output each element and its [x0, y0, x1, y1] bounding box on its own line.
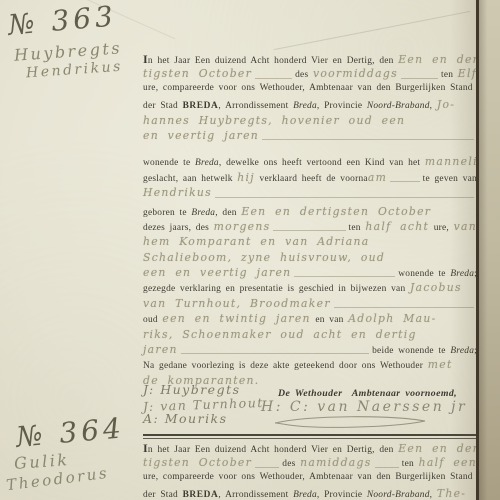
official-title: De Wethouder Ambtenaar voornoemd,	[278, 388, 457, 399]
printed-text: gezegde verklaring en presentatie is ges…	[143, 284, 410, 294]
printed-text: geboren te	[143, 208, 191, 218]
text-line: der Stad BREDA, Arrondissement Breda, Pr…	[143, 487, 477, 500]
handwritten-entry: jaren	[143, 343, 178, 356]
text-line: hem Komparant en van Adriana	[143, 235, 477, 250]
handwritten-entry: hij	[237, 171, 255, 184]
text-line: ure, compareerde voor ons Wethouder, Amb…	[143, 83, 477, 98]
printed-text: Na gedane voorlezing is deze akte geteek…	[143, 361, 428, 371]
handwritten-entry: voormiddags	[313, 67, 398, 80]
printed-text: ure, compareerde voor ons Wethouder, Amb…	[143, 83, 473, 93]
printed-text: , Arrondissement	[218, 101, 293, 111]
birth-record-364-text: In het Jaar Een duizend Acht honderd Vie…	[143, 441, 477, 500]
printed-text: ten	[402, 459, 419, 469]
printed-text: dezes jaars, des	[143, 223, 214, 233]
handwritten-entry: riks, Schoenmaker oud acht en dertig	[143, 328, 417, 341]
ruled-blank	[294, 276, 395, 277]
scanned-register-page: { "document": { "record_363": { "margin"…	[0, 0, 500, 500]
handwritten-entry: en veertig jaren	[143, 129, 259, 142]
printed-text: n het Jaar Een duizend Acht honderd Vier…	[148, 445, 398, 455]
printed-text: Breda	[293, 490, 317, 500]
handwritten-entry: Schalieboom, zyne huisvrouw, oud	[143, 251, 385, 264]
printed-text: des	[282, 459, 300, 469]
handwritten-entry: Adolph Mau-	[348, 312, 436, 325]
text-line: van Turnhout, Broodmaker	[143, 297, 477, 312]
ruled-blank	[262, 139, 474, 140]
handwritten-entry: hem Komparant en van Adriana	[143, 235, 369, 248]
printed-text: Breda	[191, 208, 215, 218]
printed-text: verklaard heeft de voorna	[255, 174, 368, 184]
printed-text: ten	[349, 223, 366, 233]
text-line: Na gedane voorlezing is deze akte geteek…	[143, 358, 477, 373]
signature: A: Mouriks	[143, 412, 264, 427]
printed-text: , dewelke ons heeft vertoond een Kind va…	[219, 158, 425, 168]
text-line: In het Jaar Een duizend Acht honderd Vie…	[143, 441, 477, 456]
handwritten-entry: van Turnhout, Broodmaker	[143, 297, 331, 310]
birth-record-363-text: In het Jaar Een duizend Acht honderd Vie…	[143, 52, 477, 389]
witness-signatures: J: HuybregtsJ: van TurnhoutA: Mouriks	[143, 383, 264, 427]
printed-text: BREDA	[183, 101, 219, 111]
printed-text: en van	[311, 315, 348, 325]
printed-text: , den	[215, 208, 241, 218]
text-line: ure, compareerde voor ons Wethouder, Amb…	[143, 472, 477, 487]
text-line: Schalieboom, zyne huisvrouw, oud	[143, 251, 477, 266]
printed-text: Noord-Braband	[367, 101, 430, 111]
printed-text: beide wonende te	[372, 346, 450, 356]
printed-text: Breda	[195, 158, 219, 168]
printed-text: n het Jaar Een duizend Acht honderd Vier…	[148, 56, 398, 66]
ruled-blank	[375, 467, 399, 468]
printed-text: der Stad	[143, 490, 183, 500]
printed-text: , Provincie	[317, 490, 367, 500]
text-line: dezes jaars, des morgensten half acht ur…	[143, 220, 477, 235]
page-edge-shadow	[450, 0, 476, 500]
text-line: Hendrikus	[143, 186, 477, 201]
handwritten-entry: half acht	[365, 220, 429, 233]
handwritten-entry: tigsten October	[143, 456, 252, 469]
text-line: hannes Huybregts, hovenier oud een	[143, 114, 477, 129]
handwritten-entry: een en veertig jaren	[143, 266, 291, 279]
handwritten-entry: Een en dertigsten October	[241, 205, 431, 218]
official-signature: H: C: van Naerssen jr	[261, 399, 467, 415]
ruled-blank	[401, 78, 438, 79]
printed-text: oud	[143, 315, 162, 325]
printed-text: ,	[430, 101, 437, 111]
record-separator-rule	[143, 434, 477, 439]
handwritten-entry: tigsten October	[143, 67, 252, 80]
handwritten-entry: hannes Huybregts, hovenier oud een	[143, 114, 405, 127]
printed-text: des	[295, 70, 313, 80]
ruled-blank	[390, 181, 420, 182]
text-line: tigsten Octoberdes voormiddagsten Elf	[143, 67, 477, 82]
signature-flourish	[271, 414, 431, 430]
ruled-blank	[273, 230, 345, 231]
printed-text: ure, compareerde voor ons Wethouder, Amb…	[143, 472, 473, 482]
text-line: tigsten Octoberdes namiddagsten half een	[143, 456, 477, 471]
text-line: een en veertig jarenwonende te Breda;	[143, 266, 477, 281]
text-line: wonende te Breda, dewelke ons heeft vert…	[143, 155, 477, 170]
handwritten-entry: met	[428, 358, 453, 371]
signature-block-363: J: HuybregtsJ: van TurnhoutA: Mouriks De…	[143, 383, 477, 433]
ruled-blank	[255, 467, 279, 468]
printed-text: Noord-Braband	[367, 490, 430, 500]
printed-text: BREDA	[183, 490, 219, 500]
handwritten-entry: morgens	[214, 220, 271, 233]
ruled-blank	[255, 78, 292, 79]
ruled-blank	[215, 197, 474, 198]
text-line: gezegde verklaring en presentatie is ges…	[143, 281, 477, 296]
text-line: jarenbeide wonende te Breda;	[143, 343, 477, 358]
handwritten-entry: am	[368, 171, 387, 184]
printed-text: der Stad	[143, 101, 183, 111]
printed-text: wonende te	[398, 269, 450, 279]
printed-text: Breda	[293, 101, 317, 111]
handwritten-entry: Hendrikus	[143, 186, 212, 199]
printed-text: , Provincie	[317, 101, 367, 111]
text-line: der Stad BREDA, Arrondissement Breda, Pr…	[143, 98, 477, 113]
handwritten-entry: namiddags	[300, 456, 372, 469]
text-line: oud een en twintig jaren en van Adolph M…	[143, 312, 477, 327]
text-line: geboren te Breda, den Een en dertigsten …	[143, 205, 477, 220]
printed-text: geslacht, aan hetwelk	[143, 174, 237, 184]
printed-text: , Arrondissement	[218, 490, 293, 500]
text-line: geslacht, aan hetwelk hij verklaard heef…	[143, 171, 477, 186]
text-line: en veertig jaren	[143, 129, 477, 144]
text-line: riks, Schoenmaker oud acht en dertig	[143, 328, 477, 343]
text-line: In het Jaar Een duizend Acht honderd Vie…	[143, 52, 477, 67]
printed-text: wonende te	[143, 158, 195, 168]
page-edge-band	[479, 0, 500, 500]
handwritten-entry: een en twintig jaren	[162, 312, 310, 325]
printed-text: ,	[430, 490, 437, 500]
ruled-blank	[181, 353, 369, 354]
